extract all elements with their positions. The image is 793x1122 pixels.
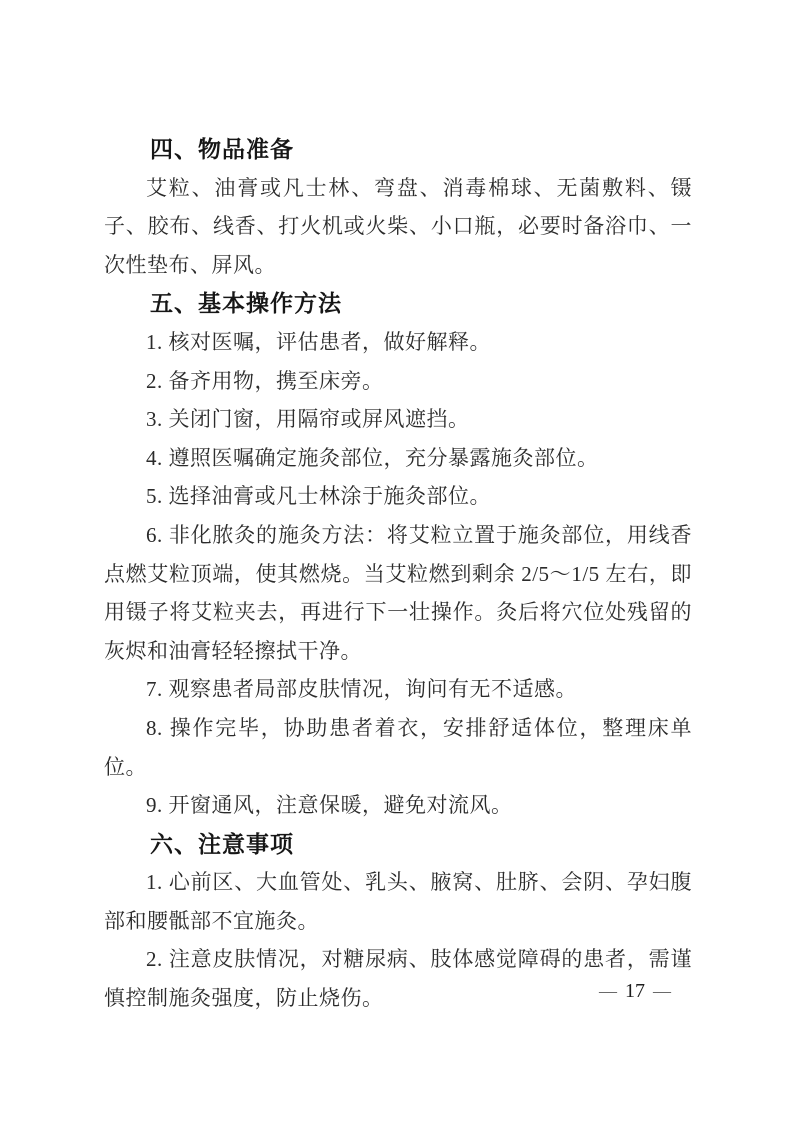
procedure-step: 3. 关闭门窗，用隔帘或屏风遮挡。 (104, 400, 692, 439)
procedure-step: 4. 遵照医嘱确定施灸部位，充分暴露施灸部位。 (104, 439, 692, 478)
procedure-step: 7. 观察患者局部皮肤情况，询问有无不适感。 (104, 670, 692, 709)
document-body: 四、物品准备 艾粒、油膏或凡士林、弯盘、消毒棉球、无菌敷料、镊子、胶布、线香、打… (104, 130, 692, 1018)
section-heading-materials: 四、物品准备 (104, 130, 692, 169)
page-number-value: 17 (625, 980, 645, 1002)
procedure-step: 9. 开窗通风，注意保暖，避免对流风。 (104, 786, 692, 825)
section-materials: 四、物品准备 艾粒、油膏或凡士林、弯盘、消毒棉球、无菌敷料、镊子、胶布、线香、打… (104, 130, 692, 284)
procedure-step: 8. 操作完毕，协助患者着衣，安排舒适体位，整理床单位。 (104, 709, 692, 786)
document-page: 四、物品准备 艾粒、油膏或凡士林、弯盘、消毒棉球、无菌敷料、镊子、胶布、线香、打… (0, 0, 793, 1122)
paragraph: 艾粒、油膏或凡士林、弯盘、消毒棉球、无菌敷料、镊子、胶布、线香、打火机或火柴、小… (104, 169, 692, 285)
page-number-left-dash: — (591, 981, 625, 1001)
section-basic-procedure: 五、基本操作方法 1. 核对医嘱，评估患者，做好解释。 2. 备齐用物，携至床旁… (104, 284, 692, 824)
procedure-step: 5. 选择油膏或凡士林涂于施灸部位。 (104, 477, 692, 516)
procedure-step: 2. 备齐用物，携至床旁。 (104, 362, 692, 401)
section-heading-precautions: 六、注意事项 (104, 825, 692, 864)
procedure-step: 1. 核对医嘱，评估患者，做好解释。 (104, 323, 692, 362)
page-number: —17— (560, 980, 710, 1003)
section-heading-basic-procedure: 五、基本操作方法 (104, 284, 692, 323)
page-number-right-dash: — (645, 981, 679, 1001)
precaution-item: 1. 心前区、大血管处、乳头、腋窝、肚脐、会阴、孕妇腹部和腰骶部不宜施灸。 (104, 863, 692, 940)
procedure-step: 6. 非化脓灸的施灸方法：将艾粒立置于施灸部位，用线香点燃艾粒顶端，使其燃烧。当… (104, 516, 692, 670)
